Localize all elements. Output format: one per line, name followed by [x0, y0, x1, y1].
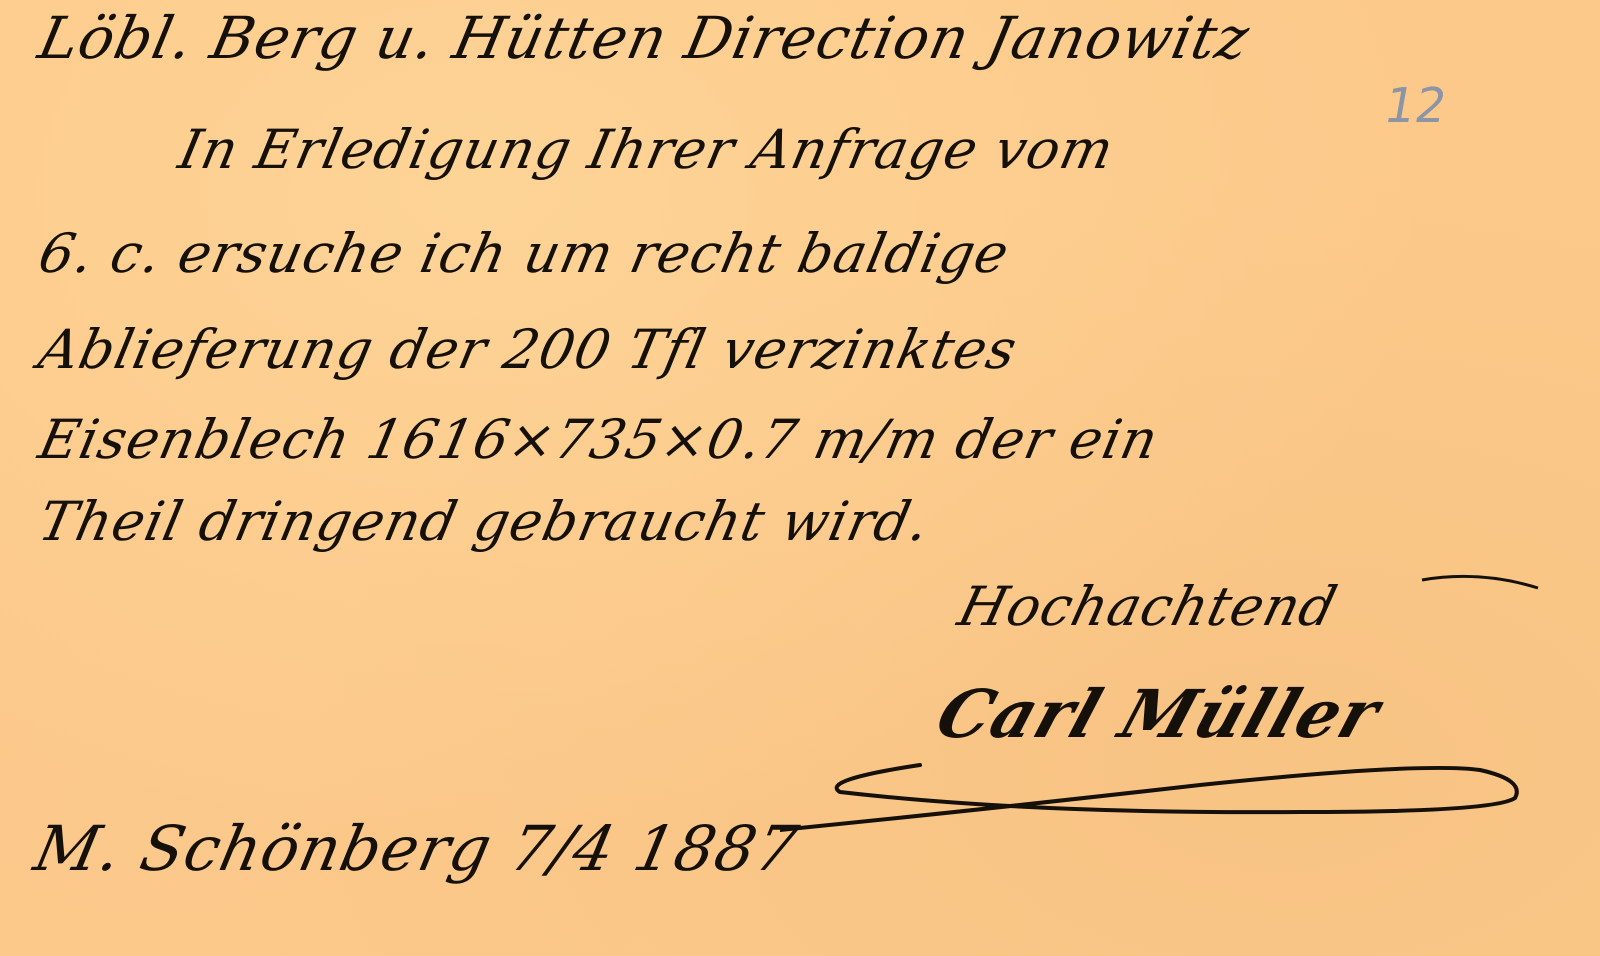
- archive-number: 12: [1380, 78, 1451, 134]
- body-line-4: Eisenblech 1616×735×0.7 m/m der ein: [33, 408, 1164, 471]
- body-line-2: 6. c. ersuche ich um recht baldige: [33, 222, 1015, 285]
- body-line-3: Ablieferung der 200 Tfl verzinktes: [33, 318, 1023, 381]
- signature-flourish-icon: [780, 740, 1540, 850]
- place-date: M. Schönberg 7/4 1887: [28, 812, 805, 885]
- address-line: Löbl. Berg u. Hütten Direction Janowitz: [33, 4, 1256, 72]
- closing-flourish-icon: [1420, 560, 1540, 600]
- body-line-1: In Erledigung Ihrer Anfrage vom: [173, 118, 1119, 181]
- closing: Hochachtend: [952, 575, 1344, 638]
- body-line-5: Theil dringend gebraucht wird.: [33, 490, 935, 553]
- postcard: Löbl. Berg u. Hütten Direction Janowitz …: [0, 0, 1600, 956]
